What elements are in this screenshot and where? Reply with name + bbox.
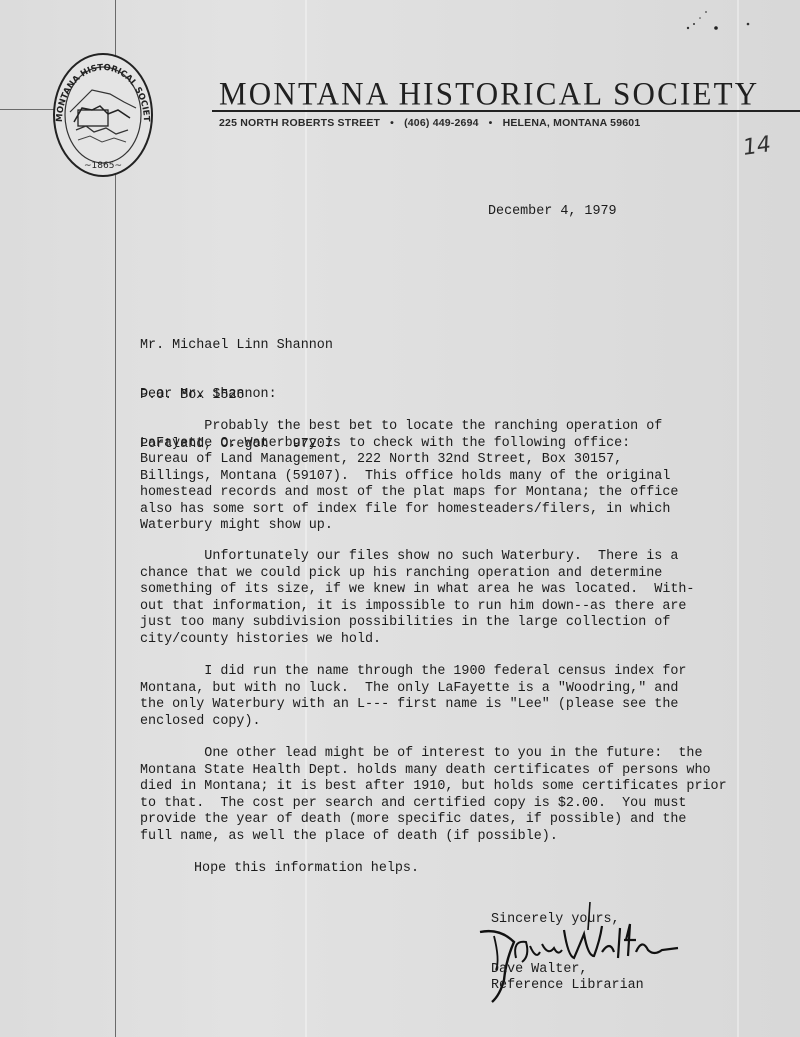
- city-state-zip: HELENA, MONTANA 59601: [503, 117, 641, 129]
- salutation: Dear Mr. Shannon:: [140, 387, 277, 404]
- recipient-name: Mr. Michael Linn Shannon: [140, 338, 333, 355]
- body-paragraph: I did run the name through the 1900 fede…: [140, 664, 686, 730]
- body-paragraph: One other lead might be of interest to y…: [140, 746, 727, 845]
- organization-name: MONTANA HISTORICAL SOCIETY: [219, 75, 759, 113]
- svg-text:~1865~: ~1865~: [84, 161, 122, 171]
- letter-page: ~1865~ MONTANA HISTORICAL SOCIETY MONTAN…: [0, 0, 800, 1037]
- body-paragraph: Unfortunately our files show no such Wat…: [140, 549, 694, 648]
- organization-address: 225 NORTH ROBERTS STREET•(406) 449-2694•…: [219, 117, 640, 129]
- street-address: 225 NORTH ROBERTS STREET: [219, 117, 380, 129]
- scan-streak: [737, 0, 739, 1037]
- body-paragraph: Probably the best bet to locate the ranc…: [140, 419, 678, 535]
- page-number-annotation: 14: [741, 132, 772, 161]
- society-seal-icon: ~1865~ MONTANA HISTORICAL SOCIETY: [52, 52, 154, 178]
- signer-name: Dave Walter,: [491, 962, 587, 979]
- closing-line: Hope this information helps.: [194, 861, 419, 878]
- phone-number: (406) 449-2694: [404, 117, 479, 129]
- ink-specks: [680, 6, 760, 36]
- signer-title: Reference Librarian: [491, 978, 644, 995]
- letter-date: December 4, 1979: [488, 204, 617, 221]
